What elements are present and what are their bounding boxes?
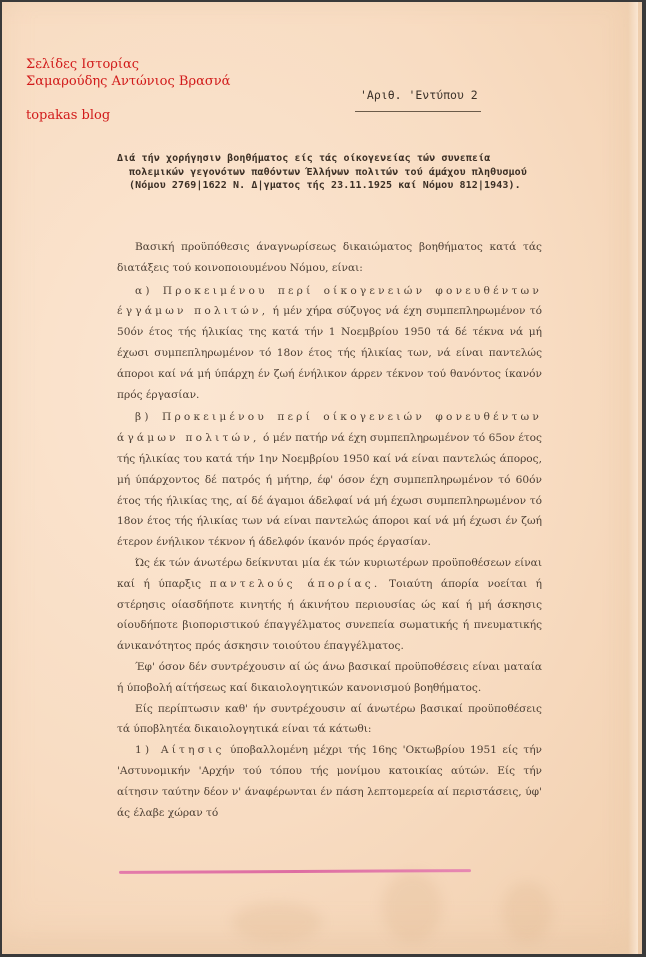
pink-highlight-underline — [119, 869, 471, 874]
item-1: 1) Αίτησις ύποβαλλομένη μέχρι τής 16ης '… — [117, 740, 542, 823]
document-subject: Διά τήν χορήγησιν βοηθήματος είς τάς οίκ… — [117, 152, 549, 193]
item-1-label: 1) Αίτησις — [135, 744, 225, 756]
blog-watermark: Σελίδες Ιστορίας Σαμαρούδης Αντώνιος Βρα… — [26, 56, 230, 124]
futility-paragraph: Έφ' όσον δέν συντρέχουσιν αί ώς άνω βασι… — [117, 657, 542, 699]
form-number: 'Αριθ. 'Εντύπου 2 — [360, 88, 478, 102]
poverty-emphasis: παντελούς άπορίας. — [210, 578, 381, 590]
documents-paragraph: Είς περίπτωσιν καθ' ήν συντρέχουσιν αί ά… — [117, 699, 542, 741]
watermark-blog: topakas blog — [26, 107, 230, 124]
clause-b: β) Προκειμένου περί οίκογενειών φονευθέν… — [117, 407, 542, 553]
poverty-paragraph: Ώς έκ τών άνωτέρω δείκνυται μία έκ τών κ… — [117, 553, 542, 657]
page-edge — [628, 2, 638, 954]
clause-b-text: ό μέν πατήρ νά έχη συμπεπληρωμένον τό 65… — [117, 432, 542, 548]
watermark-title: Σελίδες Ιστορίας — [26, 56, 230, 73]
watermark-author: Σαμαρούδης Αντώνιος Βρασνά — [26, 73, 230, 90]
document-body: Βασική προϋπόθεσις άναγνωρίσεως δικαιώμα… — [117, 237, 542, 823]
clause-a: α) Προκειμένου περί οίκογενειών φονευθέν… — [117, 281, 542, 406]
clause-a-text: ή μέν χήρα σύζυγος νά έχη συμπεπληρωμένο… — [117, 305, 542, 400]
form-number-rule — [355, 111, 481, 112]
paper-stain — [382, 872, 442, 942]
scanned-page: Σελίδες Ιστορίας Σαμαρούδης Αντώνιος Βρα… — [2, 2, 642, 954]
paper-stain — [502, 882, 552, 942]
intro-paragraph: Βασική προϋπόθεσις άναγνωρίσεως δικαιώμα… — [117, 237, 542, 279]
paper-stain — [232, 902, 322, 942]
